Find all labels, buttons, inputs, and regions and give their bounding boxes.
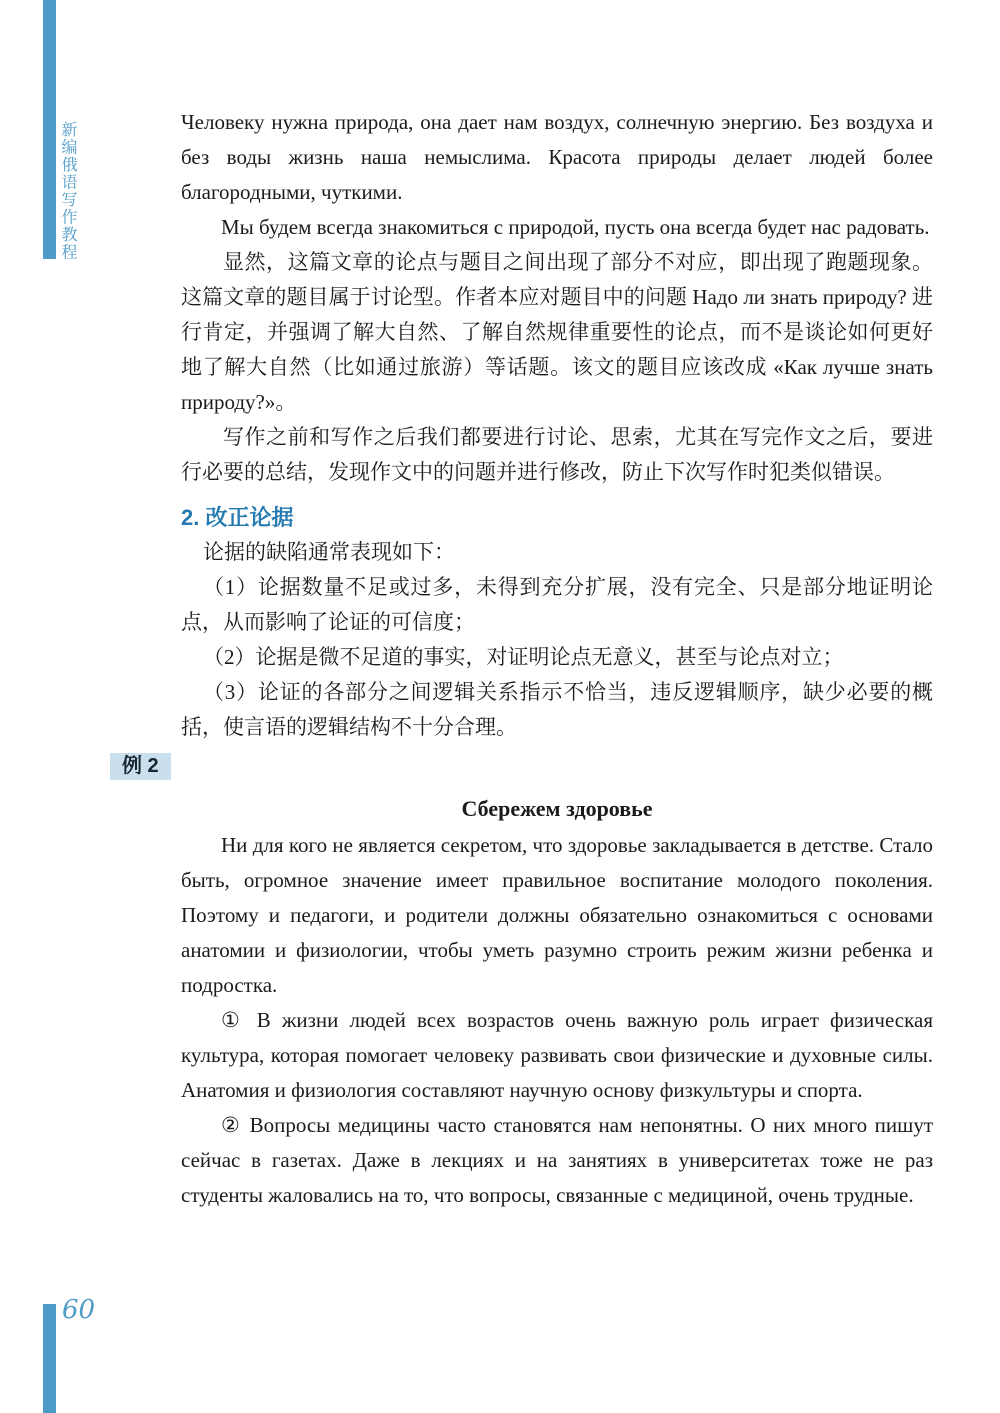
section-intro: 论据的缺陷通常表现如下： <box>181 535 933 570</box>
russian-paragraph: Человеку нужна природа, она дает нам воз… <box>181 105 933 210</box>
example-label: 例 2 <box>110 753 171 780</box>
book-page: 新编俄语写作教程 60 Человеку нужна природа, она … <box>0 0 1000 1413</box>
analysis-paragraph: 写作之前和写作之后我们都要进行讨论、思索，尤其在写完作文之后，要进行必要的总结，… <box>181 420 933 490</box>
sidebar-accent-bar-bottom <box>43 1304 56 1413</box>
russian-paragraph: Мы будем всегда знакомиться с природой, … <box>181 210 933 245</box>
defect-item: （1）论据数量不足或过多，未得到充分扩展，没有完全、只是部分地证明论点，从而影响… <box>181 570 933 640</box>
defect-item: （2）论据是微不足道的事实，对证明论点无意义，甚至与论点对立； <box>181 640 933 675</box>
book-title-vertical: 新编俄语写作教程 <box>56 121 79 261</box>
essay-paragraph: ② Вопросы медицины часто становятся нам … <box>181 1108 933 1213</box>
analysis-paragraph: 显然，这篇文章的论点与题目之间出现了部分不对应，即出现了跑题现象。这篇文章的题目… <box>181 245 933 420</box>
page-number: 60 <box>62 1295 95 1325</box>
essay-paragraph: Ни для кого не является секретом, что зд… <box>181 828 933 1003</box>
content-area: Человеку нужна природа, она дает нам воз… <box>181 105 933 1213</box>
defect-item: （3）论证的各部分之间逻辑关系指示不恰当，违反逻辑顺序，缺少必要的概括，使言语的… <box>181 675 933 745</box>
essay-paragraph: ① В жизни людей всех возрастов очень важ… <box>181 1003 933 1108</box>
section-heading: 2. 改正论据 <box>181 500 933 535</box>
sidebar-accent-bar-top <box>43 0 56 259</box>
essay-title: Сбережем здоровье <box>181 791 933 826</box>
